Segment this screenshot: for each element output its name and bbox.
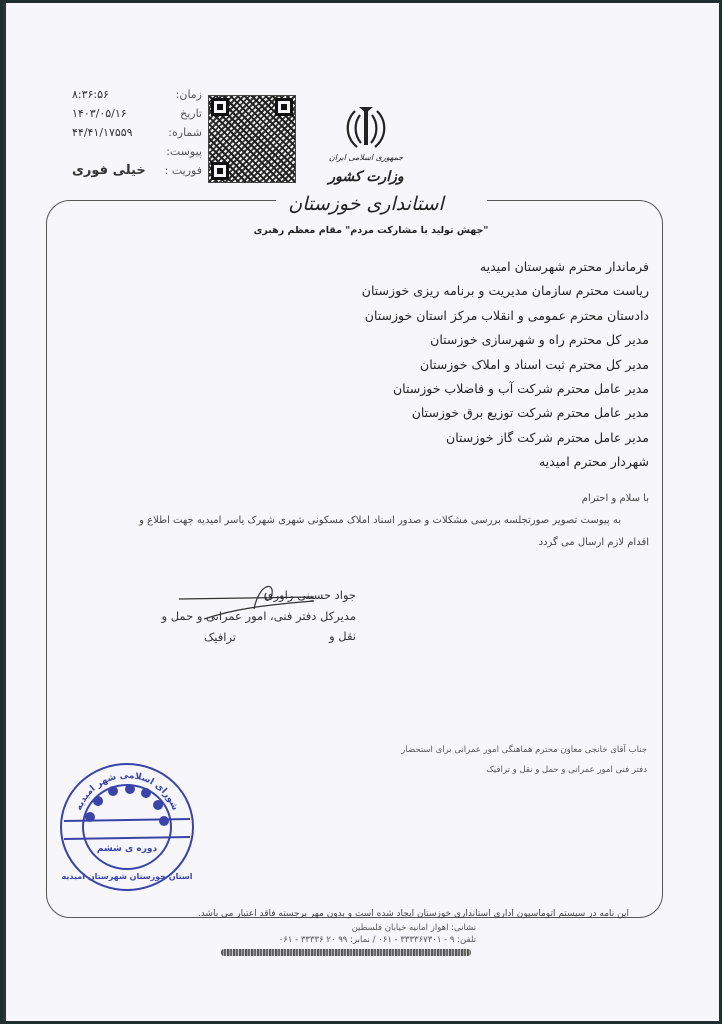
svg-text:دوره ی ششم: دوره ی ششم xyxy=(97,844,158,854)
priority-label: فوریت : xyxy=(152,164,202,177)
number-value: ۴۴/۴۱/۱۷۵۵۹ xyxy=(52,126,152,139)
address-line: نشانی: اهواز امانیه خیابان فلسطین xyxy=(216,922,476,934)
cc-item: دفتر فنی امور عمرانی و حمل و نقل و ترافی… xyxy=(401,761,647,781)
svg-text:استان خوزستان شهرستان امیدیه: استان خوزستان شهرستان امیدیه xyxy=(62,872,193,881)
letter-meta: زمان: ۸:۳۶:۵۶ تاریخ ۱۴۰۳/۰۵/۱۶ شماره: ۴۴… xyxy=(52,85,202,180)
greeting: با سلام و احترام xyxy=(29,489,649,511)
qr-code-icon xyxy=(208,95,296,183)
recipient-item: مدیر عامل محترم شرکت گاز خوزستان xyxy=(362,426,649,450)
body-line: اقدام لازم ارسال می گردد xyxy=(29,533,649,555)
letter-body: با سلام و احترام به پیوست تصویر صورتجلسه… xyxy=(29,489,649,555)
meta-date: تاریخ ۱۴۰۳/۰۵/۱۶ xyxy=(52,104,202,123)
number-label: شماره: xyxy=(152,126,202,139)
qr-finder-icon xyxy=(275,98,293,116)
recipient-item: ریاست محترم سازمان مدیریت و برنامه ریزی … xyxy=(362,279,649,303)
cc-list: جناب آقای خانجی معاون محترم هماهنگی امور… xyxy=(401,741,647,781)
attachment-label: پیوست: xyxy=(152,145,202,158)
priority-value: خیلی فوری xyxy=(52,163,152,178)
footer-address: نشانی: اهواز امانیه خیابان فلسطین تلفن: … xyxy=(216,922,476,946)
recipient-item: مدیر عامل محترم شرکت توزیع برق خوزستان xyxy=(362,401,649,425)
meta-time: زمان: ۸:۳۶:۵۶ xyxy=(52,85,202,104)
governorate-title: استانداری خوزستان xyxy=(276,193,456,215)
phone-line: تلفن: ۹ - ۳۳۳۳۶۷۳۰۱ - ۰۶۱ / نمابر: ۹۹ ۲۰… xyxy=(216,934,476,946)
meta-attachment: پیوست: xyxy=(52,142,202,161)
recipient-item: شهردار محترم امیدیه xyxy=(362,450,649,474)
ministry-title: وزارت کشور xyxy=(306,169,426,185)
signatory-name: جواد حسینی راوری xyxy=(146,585,356,606)
iran-emblem-icon xyxy=(341,103,391,153)
republic-title: جمهوری اسلامی ایران xyxy=(306,153,426,162)
meta-number: شماره: ۴۴/۴۱/۱۷۵۵۹ xyxy=(52,123,202,142)
body-line: به پیوست تصویر صورتجلسه بررسی مشکلات و ص… xyxy=(29,511,649,533)
recipient-item: مدیر عامل محترم شرکت آب و فاضلاب خوزستان xyxy=(362,377,649,401)
date-label: تاریخ xyxy=(152,107,202,120)
date-value: ۱۴۰۳/۰۵/۱۶ xyxy=(52,107,152,120)
barcode-strip-icon xyxy=(221,949,471,956)
signature-block: جواد حسینی راوری مدیرکل دفتر فنی، امور ع… xyxy=(146,585,356,648)
qr-finder-icon xyxy=(211,162,229,180)
letter-page: زمان: ۸:۳۶:۵۶ تاریخ ۱۴۰۳/۰۵/۱۶ شماره: ۴۴… xyxy=(3,3,719,1021)
footer-note: این نامه در سیستم اتوماسیون اداری استاند… xyxy=(198,909,629,919)
signatory-title-cont: ترافیک xyxy=(146,627,356,648)
recipient-item: فرماندار محترم شهرستان امیدیه xyxy=(362,255,649,279)
qr-finder-icon xyxy=(211,98,229,116)
meta-priority: فوریت : خیلی فوری xyxy=(52,161,202,180)
recipients-list: فرماندار محترم شهرستان امیدیه ریاست محتر… xyxy=(362,255,649,475)
time-value: ۸:۳۶:۵۶ xyxy=(52,88,152,101)
council-stamp-icon: شورای اسلامی شهر امیدیه دوره ی ششم استان… xyxy=(58,761,196,893)
slogan: "جهش تولید با مشارکت مردم" مقام معظم رهب… xyxy=(236,225,506,236)
cc-item: جناب آقای خانجی معاون محترم هماهنگی امور… xyxy=(401,741,647,761)
signatory-title: مدیرکل دفتر فنی، امور عمرانی و حمل و نقل… xyxy=(146,606,356,627)
recipient-item: دادستان محترم عمومی و انقلاب مرکز استان … xyxy=(362,304,649,328)
recipient-item: مدیر کل محترم راه و شهرسازی خوزستان xyxy=(362,328,649,352)
recipient-item: مدیر کل محترم ثبت اسناد و املاک خوزستان xyxy=(362,353,649,377)
time-label: زمان: xyxy=(152,88,202,101)
